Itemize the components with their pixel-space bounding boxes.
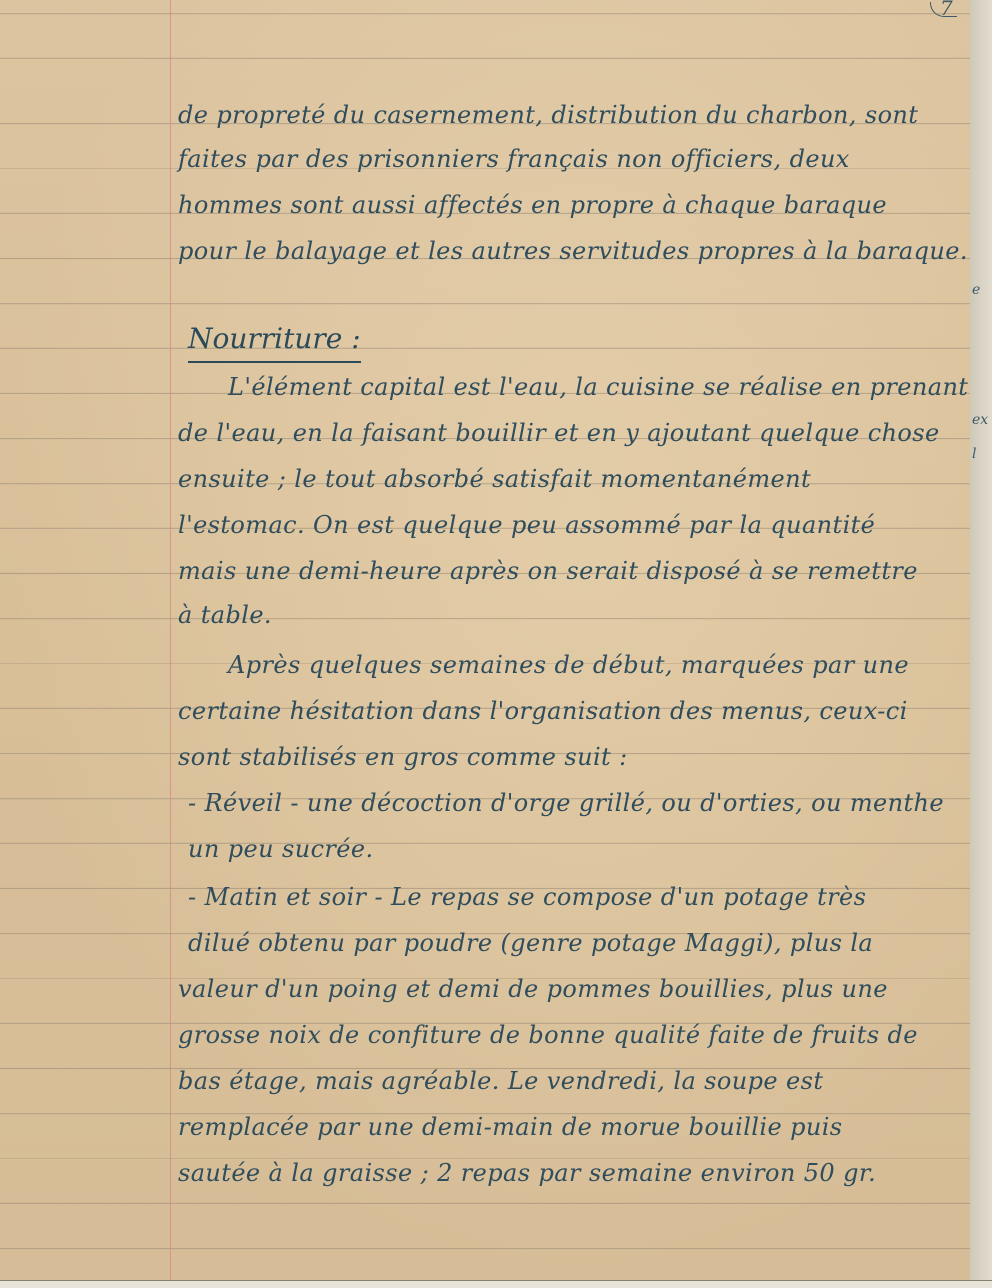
text-line: sont stabilisés en gros comme suit : <box>178 742 628 772</box>
notebook-page: 7 de propreté du casernement, distributi… <box>0 0 970 1280</box>
text-line: à table. <box>178 600 272 630</box>
text-line: certaine hésitation dans l'organisation … <box>178 696 908 726</box>
section-heading-nourriture: Nourriture : <box>188 322 361 363</box>
text-line: dilué obtenu par poudre (genre potage Ma… <box>188 928 873 958</box>
text-line: bas étage, mais agréable. Le vendredi, l… <box>178 1066 823 1096</box>
menu-item-matin-soir: - Matin et soir - Le repas se compose d'… <box>188 882 866 912</box>
text-line: hommes sont aussi affectés en propre à c… <box>178 190 887 220</box>
adjacent-fragment: ex <box>972 412 988 428</box>
text-line: l'estomac. On est quelque peu assommé pa… <box>178 510 875 540</box>
page-bottom-edge <box>0 1280 992 1288</box>
text-line: ensuite ; le tout absorbé satisfait mome… <box>178 464 811 494</box>
text-line: grosse noix de confiture de bonne qualit… <box>178 1020 918 1050</box>
red-margin-line <box>170 0 171 1280</box>
menu-item-reveil: - Réveil - une décoction d'orge grillé, … <box>188 788 944 818</box>
text-line: remplacée par une demi-main de morue bou… <box>178 1112 843 1142</box>
text-line: pour le balayage et les autres servitude… <box>178 236 968 266</box>
adjacent-fragment: e <box>972 282 980 298</box>
text-line: un peu sucrée. <box>188 834 374 864</box>
adjacent-fragment: l <box>972 446 976 462</box>
text-line: valeur d'un poing et demi de pommes boui… <box>178 974 888 1004</box>
page-number: 7 <box>940 0 953 20</box>
text-line: Après quelques semaines de début, marqué… <box>228 650 909 680</box>
text-line: mais une demi-heure après on serait disp… <box>178 556 918 586</box>
text-line: de propreté du casernement, distribution… <box>178 100 918 130</box>
adjacent-page-edge: e ex l <box>970 0 992 1288</box>
text-line: de l'eau, en la faisant bouillir et en y… <box>178 418 940 448</box>
text-line: L'élément capital est l'eau, la cuisine … <box>228 372 968 402</box>
text-line: faites par des prisonniers français non … <box>178 144 850 174</box>
text-line: sautée à la graisse ; 2 repas par semain… <box>178 1158 876 1188</box>
